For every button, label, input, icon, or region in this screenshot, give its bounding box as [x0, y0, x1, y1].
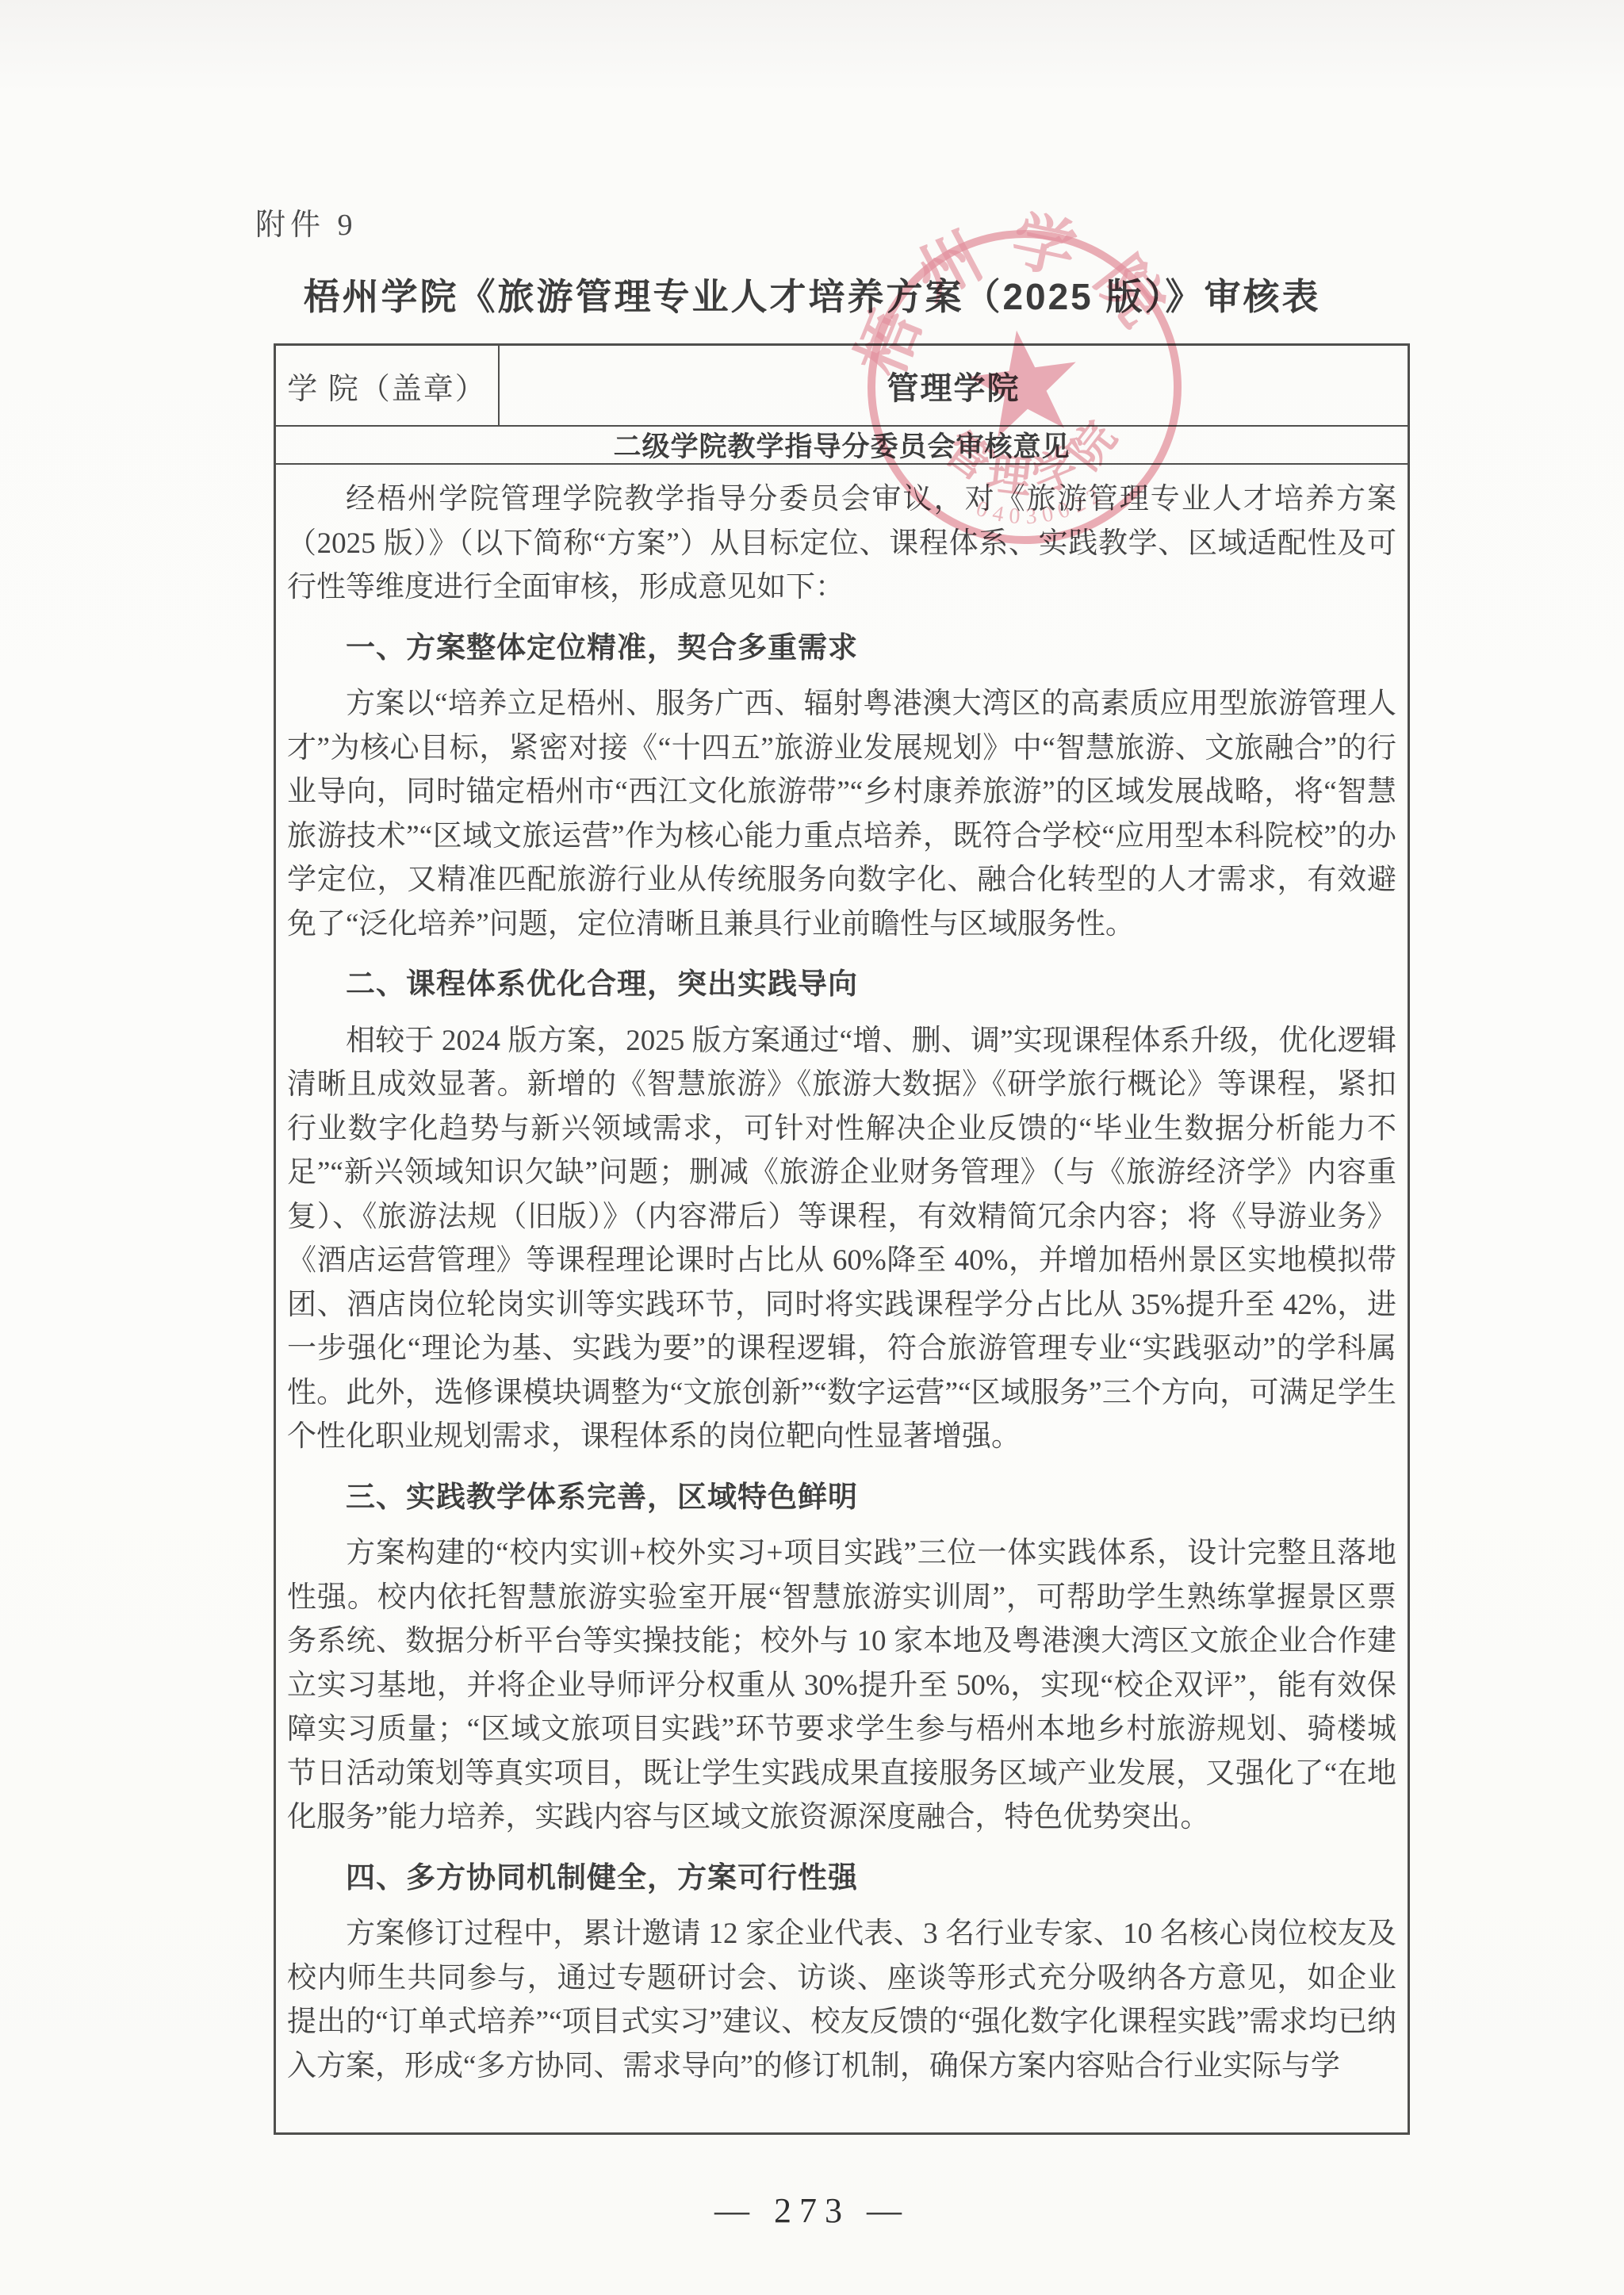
- opinion-section-heading: 四、多方协同机制健全，方案可行性强: [287, 1856, 1396, 1900]
- document-title: 梧州学院《旅游管理专业人才培养方案（2025 版）》审核表: [0, 268, 1624, 320]
- opinion-section-body: 相较于 2024 版方案，2025 版方案通过“增、删、调”实现课程体系升级，优…: [287, 1019, 1396, 1459]
- college-label-cell: 学 院（盖章）: [276, 346, 500, 425]
- college-row: 学 院（盖章） 管理学院: [276, 346, 1408, 427]
- opinion-section-heading: 三、实践教学体系完善，区域特色鲜明: [287, 1475, 1396, 1519]
- page-number: — 273 —: [0, 2190, 1624, 2231]
- scanned-document-page: 附件 9 梧州学院《旅游管理专业人才培养方案（2025 版）》审核表 学 院（盖…: [0, 0, 1624, 2295]
- opinion-intro: 经梧州学院管理学院教学指导分委员会审议，对《旅游管理专业人才培养方案（2025 …: [287, 477, 1396, 610]
- opinion-section-body: 方案修订过程中，累计邀请 12 家企业代表、3 名行业专家、10 名核心岗位校友…: [287, 1912, 1396, 2088]
- review-table: 学 院（盖章） 管理学院 二级学院教学指导分委员会审核意见 经梧州学院管理学院教…: [274, 343, 1410, 2135]
- opinion-section-body: 方案构建的“校内实训+校外实习+项目实践”三位一体实践体系，设计完整且落地性强。…: [287, 1531, 1396, 1840]
- college-value-cell: 管理学院: [500, 346, 1408, 425]
- attachment-label: 附件 9: [255, 200, 358, 243]
- section-header-cell: 二级学院教学指导分委员会审核意见: [276, 427, 1408, 465]
- opinion-text: 经梧州学院管理学院教学指导分委员会审议，对《旅游管理专业人才培养方案（2025 …: [287, 477, 1396, 2088]
- opinion-section-body: 方案以“培养立足梧州、服务广西、辐射粤港澳大湾区的高素质应用型旅游管理人才”为核…: [287, 682, 1396, 946]
- opinion-section-heading: 二、课程体系优化合理，突出实践导向: [287, 962, 1396, 1006]
- opinion-section-heading: 一、方案整体定位精准，契合多重需求: [287, 626, 1396, 670]
- opinion-cell: 经梧州学院管理学院教学指导分委员会审议，对《旅游管理专业人才培养方案（2025 …: [276, 465, 1408, 2146]
